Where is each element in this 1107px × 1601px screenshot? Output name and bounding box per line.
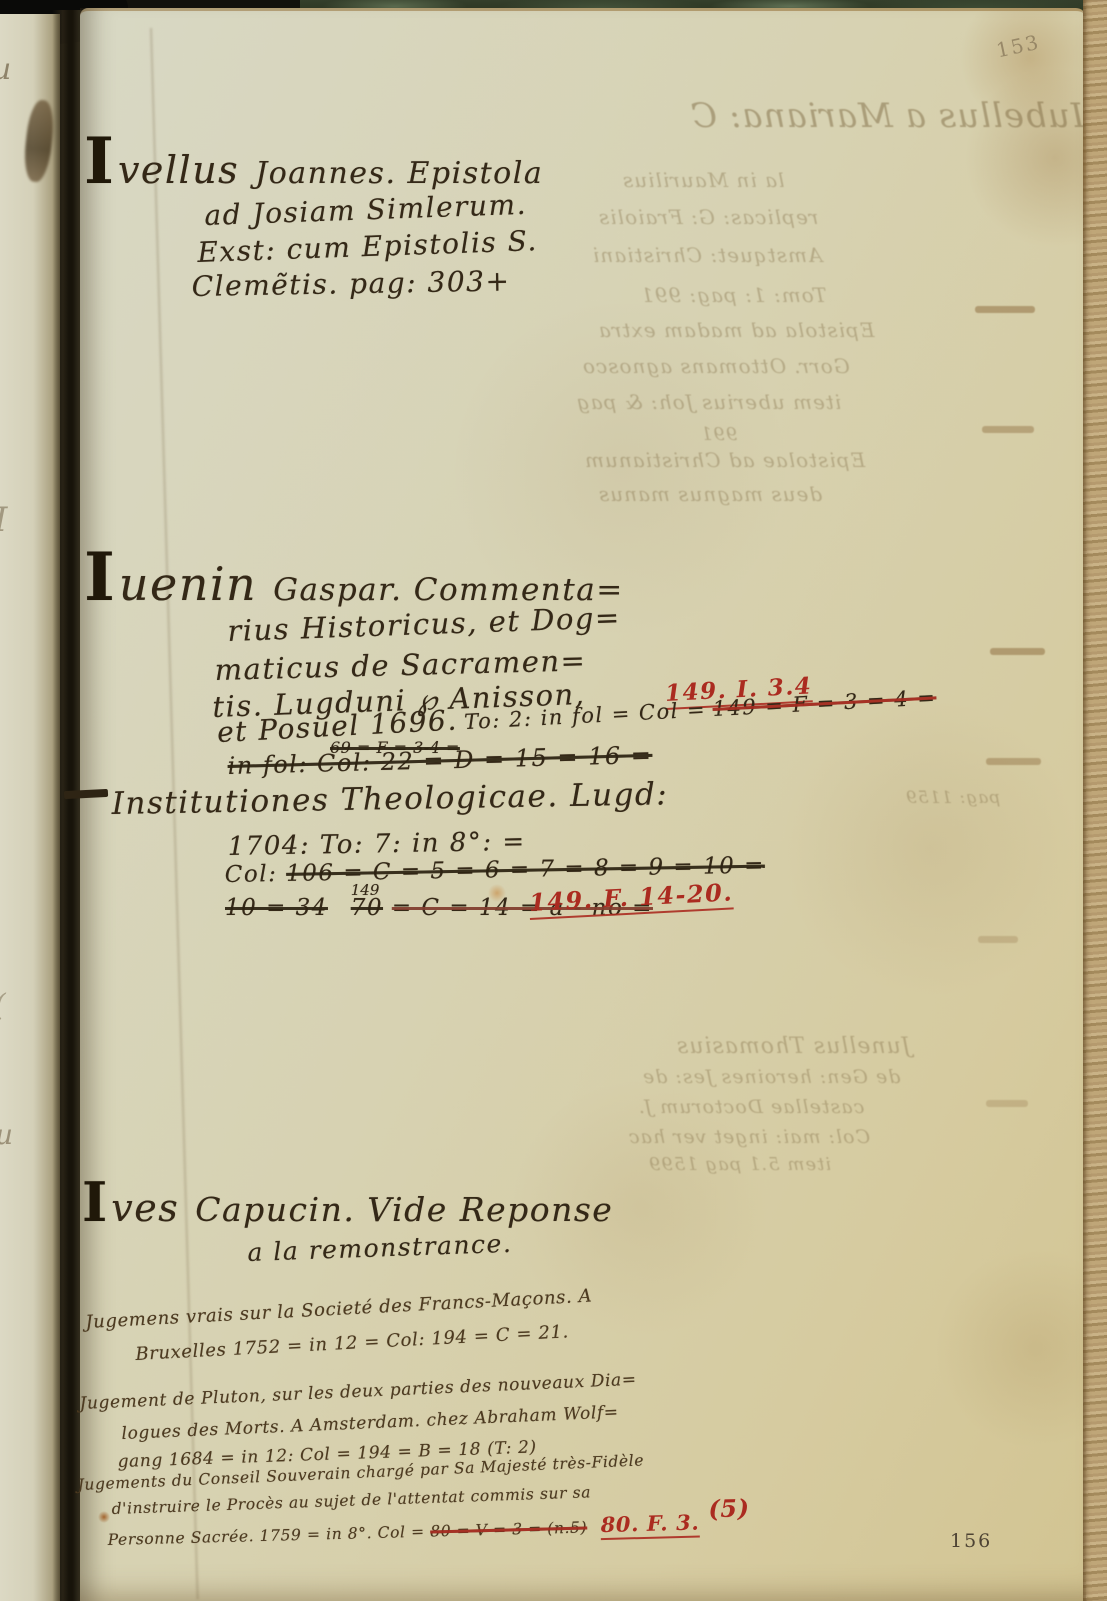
show-through-line: Epistola ad madam extra bbox=[598, 318, 874, 342]
red-shelfmark-conseil-note: (5) bbox=[708, 1493, 750, 1523]
show-through-line: deus magnus manus bbox=[598, 482, 822, 506]
show-through-dash bbox=[978, 936, 1018, 943]
show-through-dash bbox=[990, 648, 1045, 655]
struck-shelfmark: 80 = V = 3 = (n.5) bbox=[430, 1518, 587, 1540]
show-through-dash bbox=[975, 306, 1035, 313]
interlinear-correction: 149 bbox=[351, 881, 380, 899]
show-through-dash bbox=[986, 1100, 1028, 1107]
show-through-line: de Gen: heroines Jes: de bbox=[642, 1066, 900, 1088]
entry-ives-heading: I ves Capucin. Vide Reponse bbox=[82, 1170, 613, 1234]
show-through-line: castellae Doctorum J. bbox=[638, 1096, 864, 1118]
left-edge-fragment: I bbox=[0, 500, 7, 540]
show-through-line: item uberius Joh: & pag bbox=[576, 390, 841, 414]
entry-initial: I bbox=[84, 124, 114, 199]
show-through-dash bbox=[982, 426, 1034, 433]
show-through-line: Iubellus a Mariana: C bbox=[690, 96, 1084, 136]
red-shelfmark-conseil: 80. F. 3. bbox=[600, 1510, 699, 1541]
folio-number-bottom: 156 bbox=[950, 1530, 992, 1552]
entry-title: Capucin. Vide Reponse bbox=[195, 1190, 613, 1229]
entry-ivellus-line: Clemẽtis. pag: 303+ bbox=[191, 264, 510, 303]
show-through-line: Junellus Thomasius bbox=[676, 1034, 911, 1059]
entry-title: Joannes. Epistola bbox=[255, 156, 543, 191]
show-through-line: Epistolae ad Christianum bbox=[584, 448, 865, 472]
entry-name: uenin bbox=[119, 557, 257, 611]
struck-shelfmark: 10 = 34 bbox=[225, 895, 328, 921]
struck-shelfmark: 14970 bbox=[351, 895, 383, 921]
left-edge-fragment: lu bbox=[0, 1118, 13, 1151]
show-through-line: replicas: G: Fraiolis bbox=[598, 205, 818, 229]
entry-ivellus-heading: I vellus Joannes. Epistola bbox=[84, 124, 543, 199]
previous-page-edge bbox=[0, 14, 60, 1601]
deckle-edge bbox=[1083, 0, 1107, 1601]
show-through-line: 991 bbox=[700, 424, 737, 445]
entry-initial: I bbox=[84, 538, 115, 616]
entry-name: ves bbox=[111, 1186, 179, 1230]
left-edge-fragment: u bbox=[0, 52, 11, 87]
show-through-line: pag: 1159 bbox=[905, 788, 1000, 808]
shelfmark-prefix: Col: bbox=[225, 861, 278, 888]
show-through-dash bbox=[986, 758, 1041, 765]
entry-initial: I bbox=[82, 1170, 107, 1234]
show-through-line: Gorr. Ottomans agnosco bbox=[582, 354, 850, 378]
show-through-line: item 5.1 pag 1599 bbox=[648, 1154, 831, 1175]
manuscript-scan: Iubellus a Mariana: C la in Maurilius re… bbox=[0, 0, 1107, 1601]
show-through-line: Tom: 1: pag: 991 bbox=[640, 283, 827, 307]
show-through-line: la in Maurilius bbox=[622, 168, 785, 192]
entry-name: vellus bbox=[118, 148, 239, 192]
show-through-line: Col: mai: inget ver hac bbox=[628, 1126, 870, 1148]
show-through-line: Amstquet: Christiani bbox=[592, 243, 822, 267]
left-edge-fragment: ( bbox=[0, 988, 6, 1023]
